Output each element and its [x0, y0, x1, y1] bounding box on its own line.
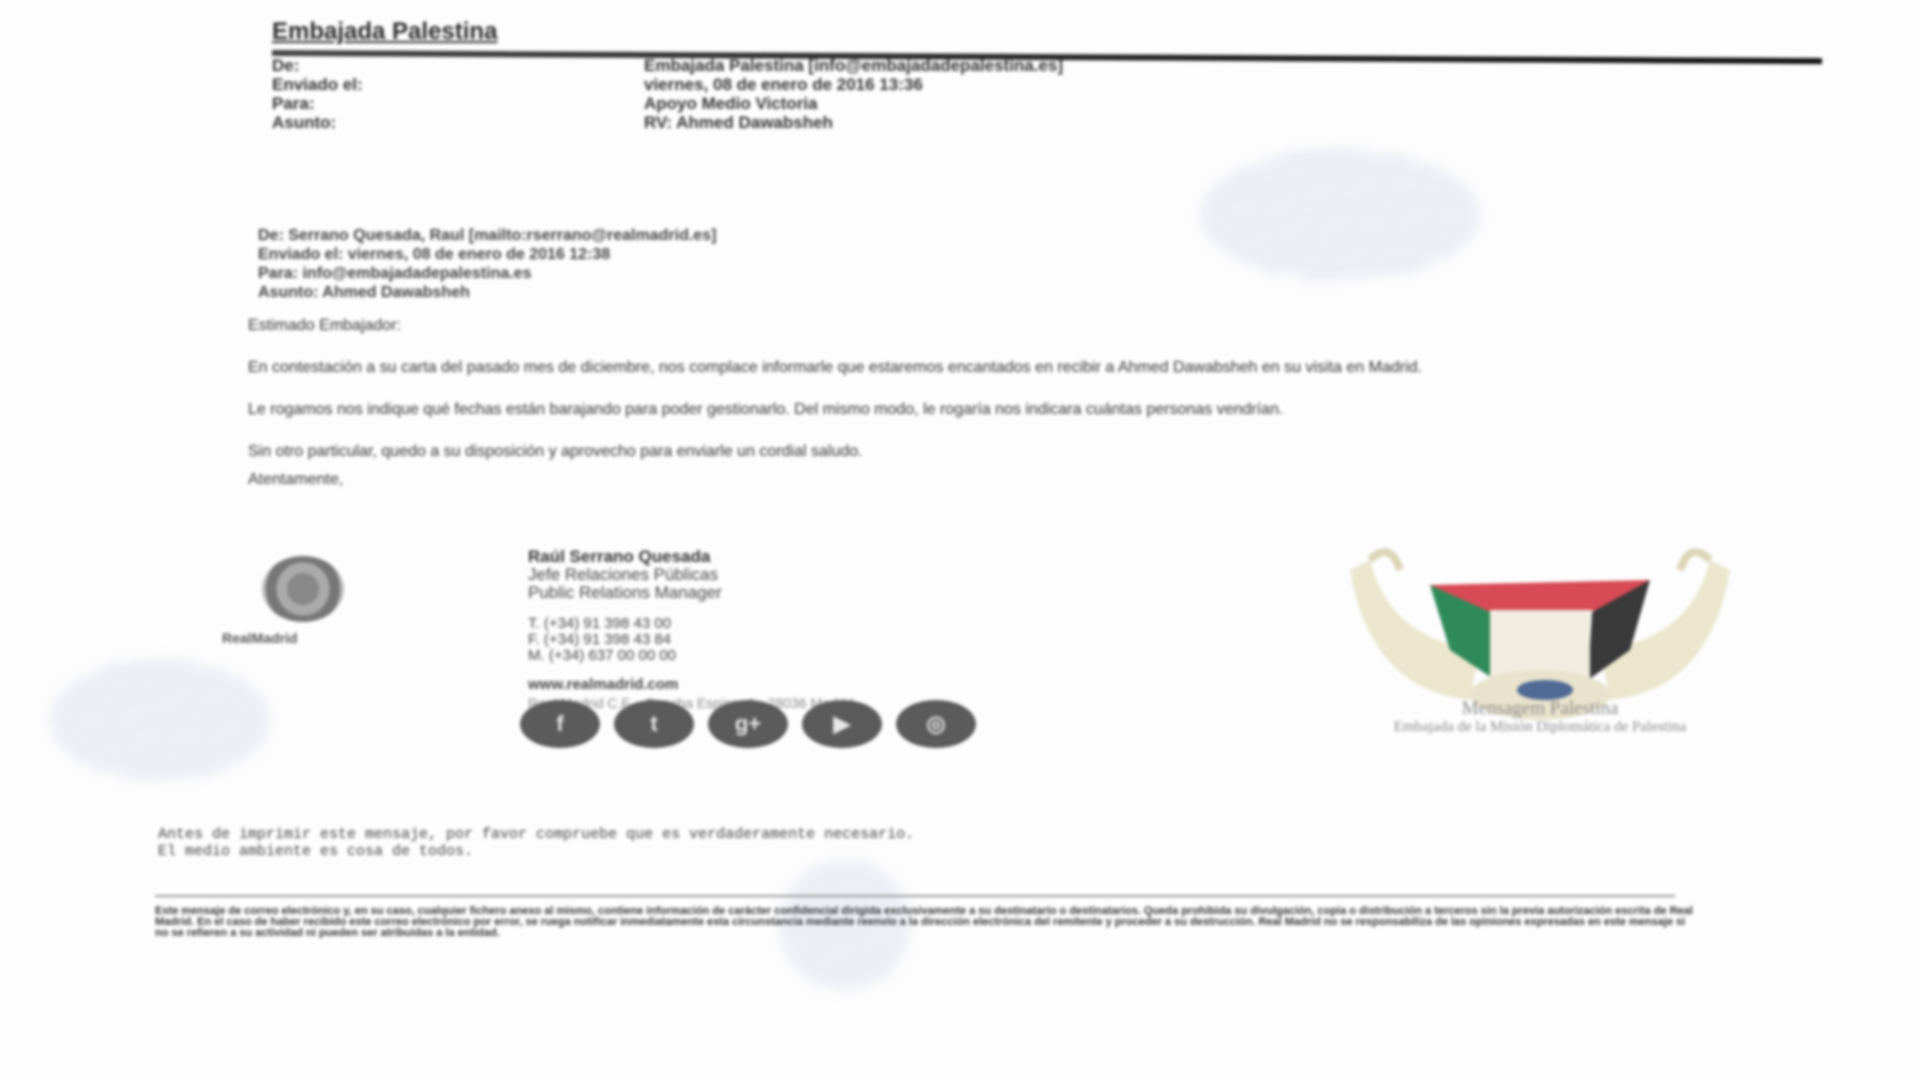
body-paragraph: Le rogamos nos indique qué fechas están … [248, 400, 1748, 420]
field-subject: Asunto:RV: Ahmed Dawabsheh [272, 113, 1063, 132]
forwarded-sent: Enviado el: viernes, 08 de enero de 2016… [258, 245, 716, 264]
twitter-icon[interactable]: t [614, 700, 694, 748]
social-icons: f t g+ ▶ ◎ [520, 700, 980, 748]
crest-label: RealMadrid [222, 630, 297, 646]
sender-title: Embajada Palestina [272, 18, 497, 46]
phone-list: T. (+34) 91 398 43 00 F. (+34) 91 398 43… [528, 616, 853, 664]
scanned-email-page: Embajada Palestina De:Embajada Palestina… [0, 0, 1920, 1080]
fax: F. (+34) 91 398 43 84 [528, 632, 853, 648]
mobile: M. (+34) 637 00 00 00 [528, 648, 853, 664]
scan-smudge [1200, 150, 1480, 280]
field-to: Para:Apoyo Medio Victoria [272, 94, 1063, 113]
signature-block: Raúl Serrano Quesada Jefe Relaciones Púb… [528, 548, 853, 712]
instagram-icon[interactable]: ◎ [896, 700, 976, 748]
email-header-fields: De:Embajada Palestina [info@embajadadepa… [272, 56, 1063, 132]
facebook-icon[interactable]: f [520, 700, 600, 748]
scan-smudge [50, 660, 270, 780]
signer-name: Raúl Serrano Quesada [528, 548, 853, 566]
website-link[interactable]: www.realmadrid.com [528, 676, 853, 694]
signer-role-en: Public Relations Manager [528, 584, 853, 602]
google-plus-icon[interactable]: g+ [708, 700, 788, 748]
real-madrid-crest-icon [262, 556, 344, 622]
field-from: De:Embajada Palestina [info@embajadadepa… [272, 56, 1063, 75]
disclaimer-divider [155, 895, 1675, 897]
forwarded-to: Para: info@embajadadepalestina.es [258, 264, 716, 283]
emblem-caption: Mensagem Palestina Embajada de la Misión… [1340, 700, 1740, 736]
eco-disclaimer: Antes de imprimir este mensaje, por favo… [158, 826, 914, 860]
email-body: Estimado Embajador: En contestación a su… [248, 316, 1748, 512]
greeting: Estimado Embajador: [248, 316, 1748, 336]
body-paragraph: Sin otro particular, quedo a su disposic… [248, 442, 1748, 462]
forwarded-from: De: Serrano Quesada, Raul [mailto:rserra… [258, 226, 716, 245]
body-paragraph: En contestación a su carta del pasado me… [248, 358, 1748, 378]
forwarded-header: De: Serrano Quesada, Raul [mailto:rserra… [258, 226, 716, 302]
legal-fine-print: Este mensaje de correo electrónico y, en… [155, 906, 1695, 939]
phone: T. (+34) 91 398 43 00 [528, 616, 853, 632]
field-sent: Enviado el:viernes, 08 de enero de 2016 … [272, 75, 1063, 94]
youtube-icon[interactable]: ▶ [802, 700, 882, 748]
signer-role: Jefe Relaciones Públicas [528, 566, 853, 584]
closing: Atentamente, [248, 470, 1748, 490]
forwarded-subject: Asunto: Ahmed Dawabsheh [258, 283, 716, 302]
